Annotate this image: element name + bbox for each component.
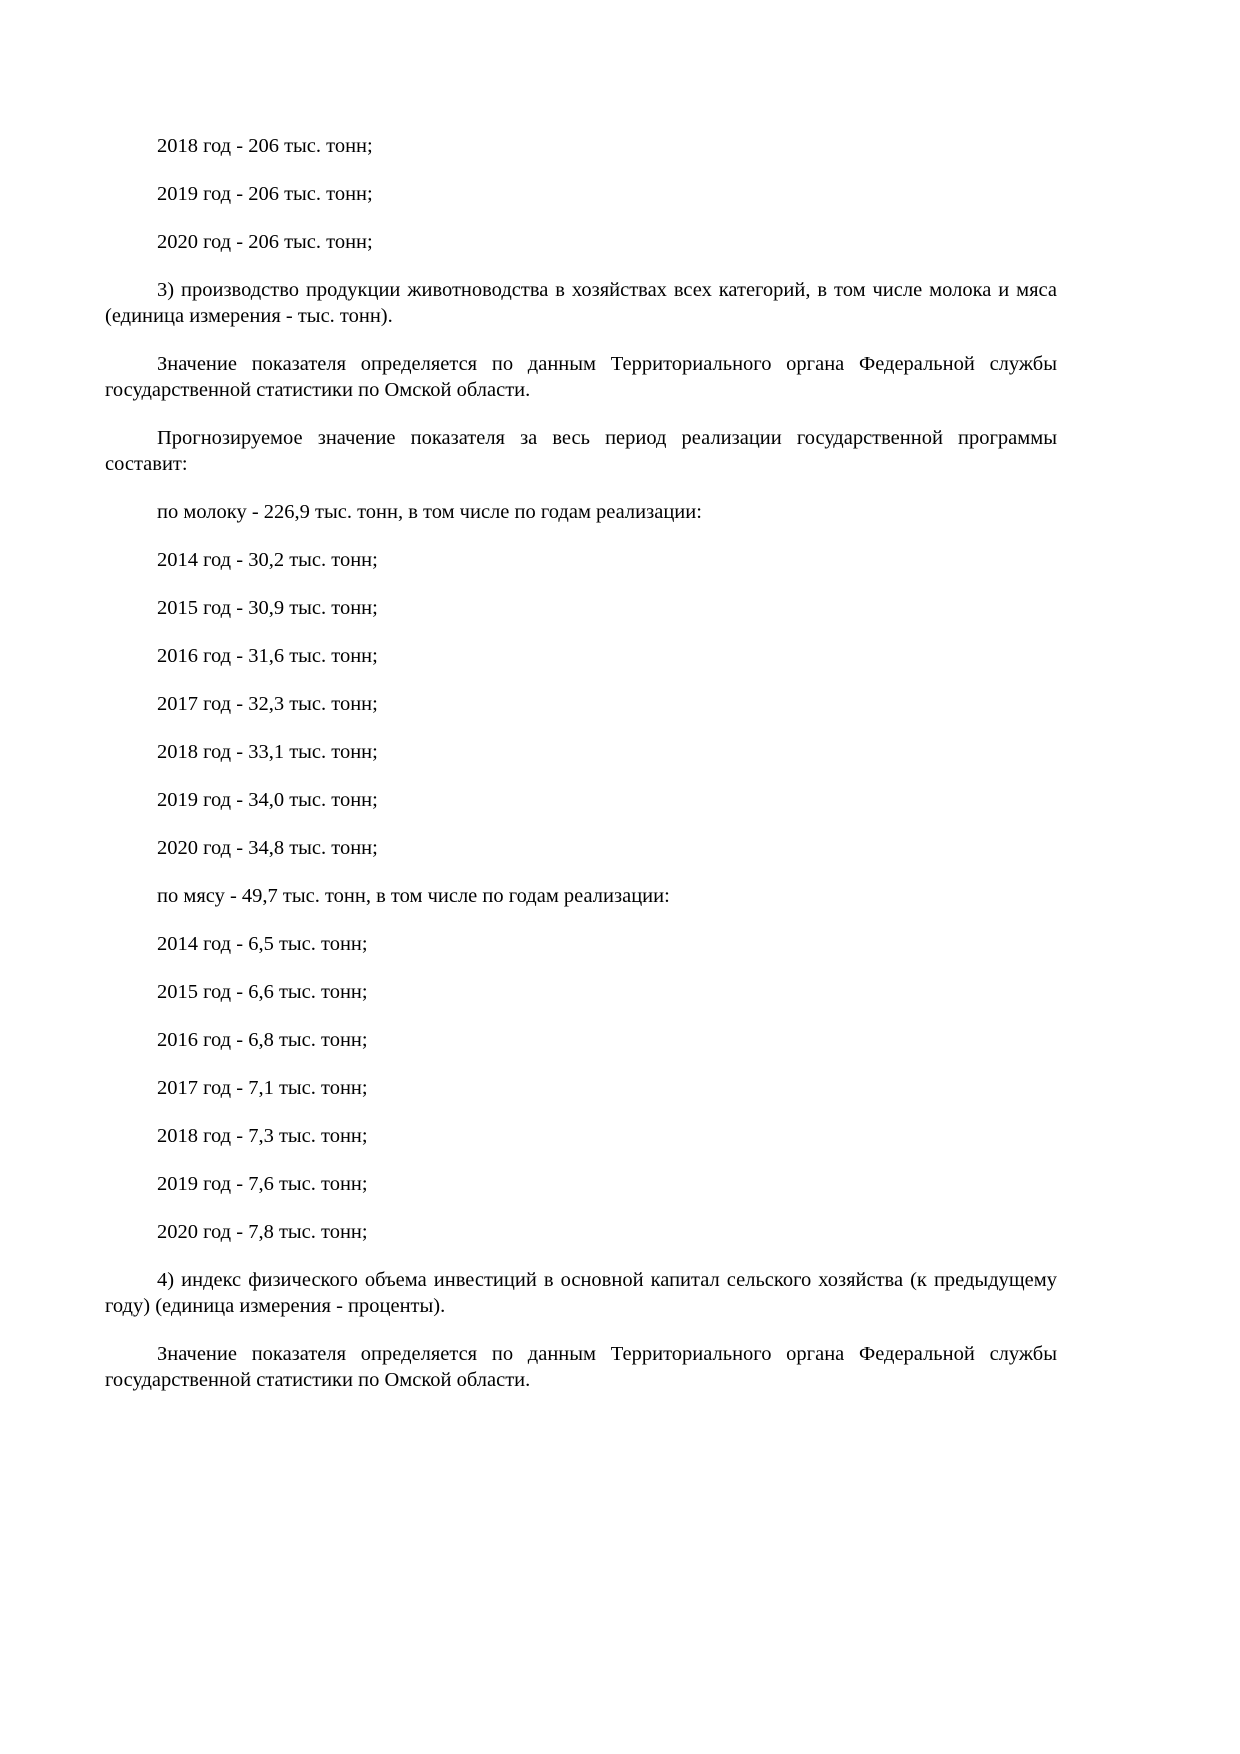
- meat-2020-line: 2020 год - 7,8 тыс. тонн;: [105, 1219, 1057, 1245]
- milk-total-line: по молоку - 226,9 тыс. тонн, в том числе…: [105, 499, 1057, 525]
- meat-2015-line: 2015 год - 6,6 тыс. тонн;: [105, 979, 1057, 1005]
- indicator-3-source: Значение показателя определяется по данн…: [105, 351, 1057, 403]
- meat-2019-line: 2019 год - 7,6 тыс. тонн;: [105, 1171, 1057, 1197]
- meat-2018-line: 2018 год - 7,3 тыс. тонн;: [105, 1123, 1057, 1149]
- indicator-4-source: Значение показателя определяется по данн…: [105, 1341, 1057, 1393]
- milk-2019-line: 2019 год - 34,0 тыс. тонн;: [105, 787, 1057, 813]
- meat-2017-line: 2017 год - 7,1 тыс. тонн;: [105, 1075, 1057, 1101]
- milk-2016-line: 2016 год - 31,6 тыс. тонн;: [105, 643, 1057, 669]
- milk-2015-line: 2015 год - 30,9 тыс. тонн;: [105, 595, 1057, 621]
- meat-2016-line: 2016 год - 6,8 тыс. тонн;: [105, 1027, 1057, 1053]
- grain-2019-line: 2019 год - 206 тыс. тонн;: [105, 181, 1057, 207]
- indicator-3-forecast-intro: Прогнозируемое значение показателя за ве…: [105, 425, 1057, 477]
- meat-2014-line: 2014 год - 6,5 тыс. тонн;: [105, 931, 1057, 957]
- milk-2020-line: 2020 год - 34,8 тыс. тонн;: [105, 835, 1057, 861]
- document-page: 2018 год - 206 тыс. тонн; 2019 год - 206…: [105, 133, 1057, 1415]
- meat-total-line: по мясу - 49,7 тыс. тонн, в том числе по…: [105, 883, 1057, 909]
- indicator-3-heading: 3) производство продукции животноводства…: [105, 277, 1057, 329]
- indicator-4-heading: 4) индекс физического объема инвестиций …: [105, 1267, 1057, 1319]
- grain-2018-line: 2018 год - 206 тыс. тонн;: [105, 133, 1057, 159]
- milk-2018-line: 2018 год - 33,1 тыс. тонн;: [105, 739, 1057, 765]
- grain-2020-line: 2020 год - 206 тыс. тонн;: [105, 229, 1057, 255]
- milk-2014-line: 2014 год - 30,2 тыс. тонн;: [105, 547, 1057, 573]
- milk-2017-line: 2017 год - 32,3 тыс. тонн;: [105, 691, 1057, 717]
